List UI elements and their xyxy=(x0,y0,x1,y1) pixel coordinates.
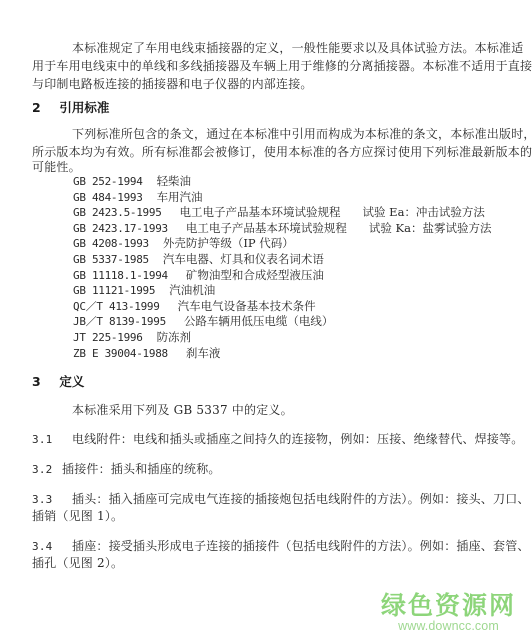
scope-line-1: 本标准规定了车用电线束插接器的定义，一般性能要求以及具体试验方法。本标准适 xyxy=(72,41,523,55)
reference-title: 刹车液 xyxy=(186,346,221,360)
reference-title: 矿物油型和合成烃型液压油 xyxy=(186,268,324,282)
reference-item: GB 2423.5-1995电工电子产品基本环境试验规程试验 Ea：冲击试验方法 xyxy=(73,205,491,221)
definition-number: 3.4 xyxy=(32,540,72,554)
references-intro-line-2: 所示版本均为有效。所有标准都会被修订，使用本标准的各方应探讨使用下列标准最新版本… xyxy=(32,145,532,159)
reference-code: QC／T 413-1999 xyxy=(73,299,160,315)
section-2-number: 2 xyxy=(32,100,55,115)
section-3-number: 3 xyxy=(32,374,55,389)
section-2-title: 引用标准 xyxy=(59,100,109,115)
reference-title: 公路车辆用低压电缆（电线） xyxy=(184,314,334,328)
scope-line-3: 与印制电路板连接的插接器和电子仪器的内部连接。 xyxy=(32,77,313,91)
reference-item: GB 252-1994轻柴油 xyxy=(73,174,491,190)
section-3-title: 定义 xyxy=(59,374,84,389)
reference-title: 车用汽油 xyxy=(157,190,203,204)
reference-code: GB 252-1994 xyxy=(73,174,143,190)
watermark-site-name: 绿色资源网 xyxy=(381,592,516,619)
reference-title: 外壳防护等级（IP 代码） xyxy=(163,236,294,250)
definition-3-2: 3.2插接件：插头和插座的统称。 xyxy=(32,462,221,477)
reference-code: JB／T 8139-1995 xyxy=(73,314,166,330)
reference-item: GB 2423.17-1993电工电子产品基本环境试验规程试验 Ka：盐雾试验方… xyxy=(73,221,491,237)
reference-title: 防冻剂 xyxy=(157,330,192,344)
reference-code: GB 5337-1985 xyxy=(73,252,149,268)
reference-title: 电工电子产品基本环境试验规程 xyxy=(186,221,347,235)
reference-title: 汽油机油 xyxy=(169,283,215,297)
section-3-heading: 3 定义 xyxy=(32,372,84,390)
scope-line-2: 用于车用电线束中的单线和多线插接器及车辆上用于维修的分离插接器。本标准不适用于直… xyxy=(32,59,532,73)
reference-title: 汽车电器、灯具和仪表名词术语 xyxy=(163,252,324,266)
reference-code: GB 11118.1-1994 xyxy=(73,268,168,284)
reference-test-method: 试验 Ka：盐雾试验方法 xyxy=(369,221,492,237)
reference-test-method: 试验 Ea：冲击试验方法 xyxy=(363,205,485,221)
section-2-heading: 2 引用标准 xyxy=(32,98,109,116)
reference-title: 汽车电气设备基本技术条件 xyxy=(178,299,316,313)
references-intro-line-3: 可能性。 xyxy=(32,160,81,174)
references-list: GB 252-1994轻柴油 GB 484-1993车用汽油 GB 2423.5… xyxy=(73,174,491,361)
definition-text: 插接件：插头和插座的统称。 xyxy=(62,462,221,476)
reference-code: GB 2423.5-1995 xyxy=(73,205,162,221)
definition-3-1: 3.1电线附件：电线和插头或插座之间持久的连接物，例如：压接、绝缘替代、焊接等。 xyxy=(32,432,523,447)
reference-item: GB 11121-1995汽油机油 xyxy=(73,283,491,299)
reference-item: ZB E 39004-1988刹车液 xyxy=(73,346,491,362)
reference-title: 轻柴油 xyxy=(157,174,192,188)
definition-number: 3.3 xyxy=(32,493,72,507)
references-intro-line-1: 下列标准所包含的条文，通过在本标准中引用而构成为本标准的条文，本标准出版时， xyxy=(72,127,532,141)
definition-text-line-1: 插头：插入插座可完成电气连接的插接炮包括电线附件的方法）。例如：接头、刀口、 xyxy=(72,492,530,506)
definitions-intro: 本标准采用下列及 GB 5337 中的定义。 xyxy=(72,403,293,417)
document-page: 本标准规定了车用电线束插接器的定义，一般性能要求以及具体试验方法。本标准适 用于… xyxy=(0,0,532,639)
definition-number: 3.1 xyxy=(32,433,72,447)
definition-text-line-1: 插座：接受插头形成电子连接的插接件（包括电线附件的方法）。例如：插座、套管、 xyxy=(72,539,530,553)
watermark-url: www.downcc.com xyxy=(381,619,516,633)
reference-item: JT 225-1996防冻剂 xyxy=(73,330,491,346)
reference-item: GB 484-1993车用汽油 xyxy=(73,190,491,206)
site-watermark: 绿色资源网 www.downcc.com xyxy=(381,592,516,633)
definition-text-line-2: 插孔（见图 2）。 xyxy=(32,556,123,570)
definition-number: 3.2 xyxy=(32,463,62,477)
reference-item: GB 5337-1985汽车电器、灯具和仪表名词术语 xyxy=(73,252,491,268)
reference-item: JB／T 8139-1995公路车辆用低压电缆（电线） xyxy=(73,314,491,330)
reference-code: GB 484-1993 xyxy=(73,190,143,206)
reference-code: GB 4208-1993 xyxy=(73,236,149,252)
reference-code: ZB E 39004-1988 xyxy=(73,346,168,362)
reference-item: GB 4208-1993外壳防护等级（IP 代码） xyxy=(73,236,491,252)
reference-title: 电工电子产品基本环境试验规程 xyxy=(180,205,341,219)
reference-code: GB 2423.17-1993 xyxy=(73,221,168,237)
reference-item: GB 11118.1-1994矿物油型和合成烃型液压油 xyxy=(73,268,491,284)
reference-code: GB 11121-1995 xyxy=(73,283,155,299)
reference-code: JT 225-1996 xyxy=(73,330,143,346)
definition-text-line-2: 插销（见图 1）。 xyxy=(32,509,123,523)
reference-item: QC／T 413-1999汽车电气设备基本技术条件 xyxy=(73,299,491,315)
definition-text: 电线附件：电线和插头或插座之间持久的连接物，例如：压接、绝缘替代、焊接等。 xyxy=(72,432,523,446)
